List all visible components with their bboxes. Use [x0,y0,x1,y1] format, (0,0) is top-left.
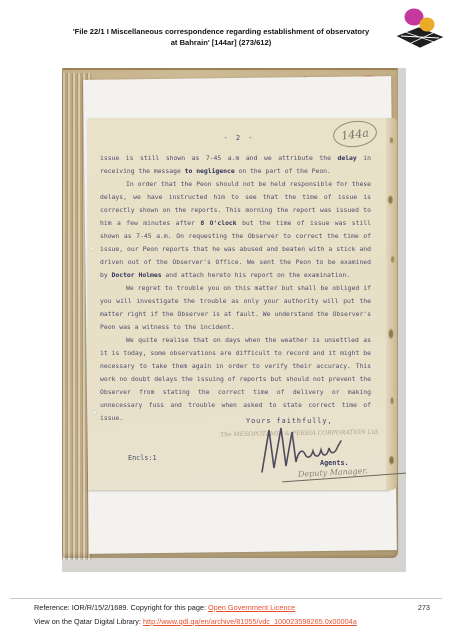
document-scan: - 2 - 144a issue is still shown as 7-45 … [62,68,406,572]
letter-paragraphs: issue is still shown as 7-45 a.m and we … [100,152,371,425]
reference-text: Reference: IOR/R/15/2/1689. Copyright fo… [34,603,208,612]
page-title-line1: 'File 22/1 I Miscellaneous correspondenc… [42,26,400,37]
folio-number-text: 144a [341,126,370,142]
footer-reference-line: Reference: IOR/R/15/2/1689. Copyright fo… [34,603,295,612]
page-title: 'File 22/1 I Miscellaneous correspondenc… [42,26,400,48]
enclosure-note: Encls:1 [128,454,157,462]
page-title-line2: at Bahrain' [144ar] (273/612) [42,37,400,48]
open-government-licence-link[interactable]: Open Government Licence [208,603,295,612]
footer-divider [10,598,442,599]
qdl-archive-link[interactable]: http://www.qdl.qa/en/archive/81055/vdc_1… [143,617,357,626]
folio-number-annotation: 144a [332,118,379,149]
paper-blemish [90,246,95,251]
letter-paragraph: issue is still shown as 7-45 a.m and we … [100,152,371,178]
letter-page: - 2 - 144a issue is still shown as 7-45 … [88,118,390,490]
pdf-page-number: 273 [418,603,430,612]
view-text: View on the Qatar Digital Library: [34,617,143,626]
footer-view-line: View on the Qatar Digital Library: http:… [34,617,357,626]
letter-paragraph: In order that the Peon should not be hel… [100,178,371,282]
letter-paragraph: We quite realise that on days when the w… [100,334,371,425]
paper-blemish [92,410,97,415]
letter-paragraph: We regret to trouble you on this matter … [100,282,371,334]
qdl-logo-icon [393,5,447,51]
agents-label: Agents. [320,459,349,467]
